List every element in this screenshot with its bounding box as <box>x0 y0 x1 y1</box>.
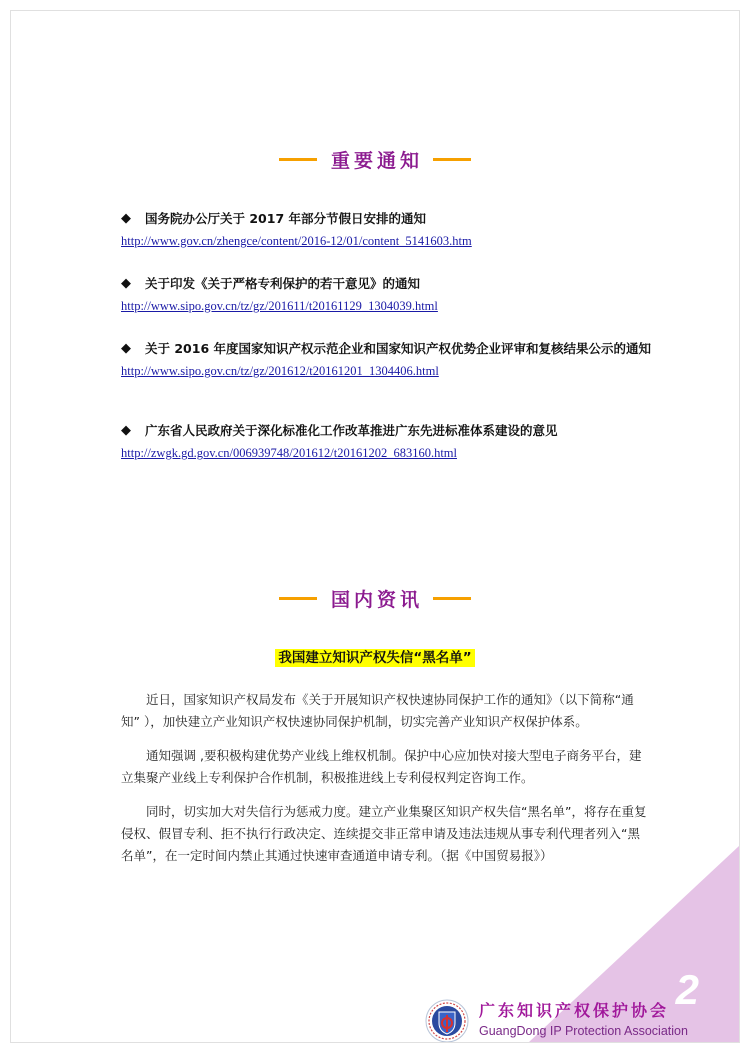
notice-link[interactable]: http://zwgk.gd.gov.cn/006939748/201612/t… <box>121 444 661 462</box>
notice-link[interactable]: http://www.sipo.gov.cn/tz/gz/201611/t201… <box>121 297 661 315</box>
diamond-bullet-icon: ◆ <box>121 338 145 360</box>
section-header-domestic-news: 国内资讯 <box>11 585 739 612</box>
diamond-bullet-icon: ◆ <box>121 208 145 230</box>
notice-item: ◆ 关于印发《关于严格专利保护的若干意见》的通知 http://www.sipo… <box>121 273 661 338</box>
section-header-notices: 重要通知 <box>11 146 739 173</box>
notice-title: 广东省人民政府关于深化标准化工作改革推进广东先进标准体系建设的意见 <box>145 420 558 442</box>
notice-link[interactable]: http://www.sipo.gov.cn/tz/gz/201612/t201… <box>121 362 661 380</box>
association-emblem-icon <box>425 999 469 1043</box>
notice-item: ◆ 国务院办公厅关于 2017 年部分节假日安排的通知 http://www.g… <box>121 208 661 273</box>
article-paragraph: 近日，国家知识产权局发布《关于开展知识产权快速协同保护工作的通知》（以下简称“通… <box>121 689 651 733</box>
article-title: 我国建立知识产权失信“黑名单” <box>275 649 474 667</box>
org-name-en: GuangDong IP Protection Association <box>479 1023 688 1039</box>
notice-title: 国务院办公厅关于 2017 年部分节假日安排的通知 <box>145 208 426 230</box>
document-page: 重要通知 ◆ 国务院办公厅关于 2017 年部分节假日安排的通知 http://… <box>10 10 740 1043</box>
notice-title: 关于印发《关于严格专利保护的若干意见》的通知 <box>145 273 420 295</box>
header-line-right <box>433 158 471 161</box>
article-title-wrapper: 我国建立知识产权失信“黑名单” <box>11 647 739 668</box>
footer-organization: 广东知识产权保护协会 GuangDong IP Protection Assoc… <box>479 1001 688 1039</box>
article-paragraph: 通知强调 ,要积极构建优势产业线上维权机制。保护中心应加快对接大型电子商务平台，… <box>121 745 651 789</box>
notice-link[interactable]: http://www.gov.cn/zhengce/content/2016-1… <box>121 232 661 250</box>
notice-list: ◆ 国务院办公厅关于 2017 年部分节假日安排的通知 http://www.g… <box>121 208 661 485</box>
diamond-bullet-icon: ◆ <box>121 273 145 295</box>
section-title-domestic-news: 国内资讯 <box>331 585 423 612</box>
org-name-cn: 广东知识产权保护协会 <box>479 1001 688 1021</box>
notice-item: ◆ 广东省人民政府关于深化标准化工作改革推进广东先进标准体系建设的意见 http… <box>121 420 661 485</box>
notice-title: 关于 2016 年度国家知识产权示范企业和国家知识产权优势企业评审和复核结果公示… <box>145 338 651 360</box>
diamond-bullet-icon: ◆ <box>121 420 145 442</box>
notice-item: ◆ 关于 2016 年度国家知识产权示范企业和国家知识产权优势企业评审和复核结果… <box>121 338 661 420</box>
section-title-notices: 重要通知 <box>331 146 423 173</box>
header-line-left <box>279 158 317 161</box>
header-line-right <box>433 597 471 600</box>
header-line-left <box>279 597 317 600</box>
